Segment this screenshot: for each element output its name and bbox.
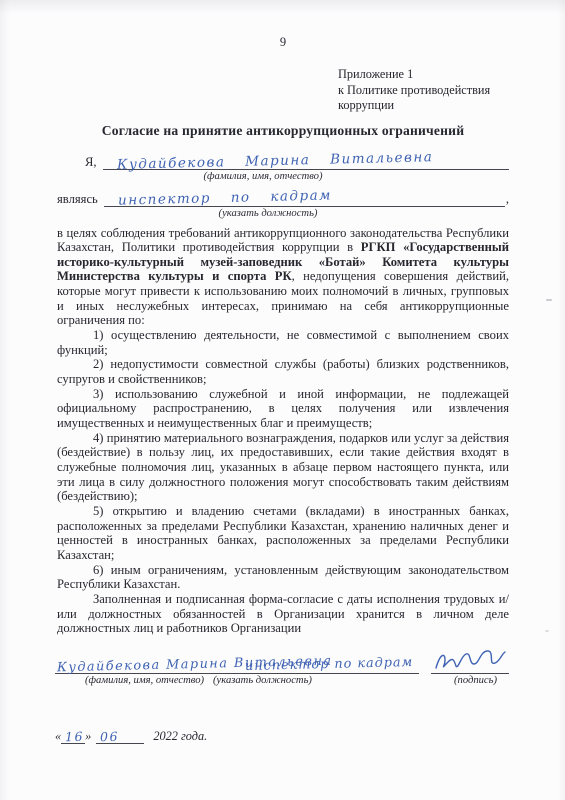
signature-captions: (фамилия, имя, отчество) (указать должно… — [57, 675, 509, 686]
handwritten-month: 06 — [100, 729, 119, 744]
i-label: Я, — [85, 155, 103, 170]
signature-flourish-icon — [433, 649, 507, 673]
appendix-note: Приложение 1 к Политике противодействия … — [338, 67, 509, 114]
being-label: являясь — [57, 192, 104, 207]
trailing-comma: , — [505, 192, 509, 207]
signature-name-caption: (фамилия, имя, отчество) — [85, 675, 204, 686]
signature-blank-line: Кудайбекова Марина Витальевна инспектор … — [55, 653, 419, 674]
appendix-line-2: к Политике противодействия — [338, 83, 509, 99]
restriction-item-1: 1) осуществлению деятельности, не совмес… — [57, 328, 509, 357]
body-text: в целях соблюдения требований антикорруп… — [57, 226, 509, 636]
restriction-item-4: 4) принятию материального вознаграждения… — [57, 431, 509, 504]
date-month-blank: 06 — [96, 729, 144, 744]
intro-paragraph: в целях соблюдения требований антикорруп… — [57, 226, 509, 329]
scanned-page: 9 Приложение 1 к Политике противодействи… — [0, 0, 565, 800]
signature-mark-blank — [431, 653, 509, 674]
restriction-item-5: 5) открытию и владению счетами (вкладами… — [57, 504, 509, 563]
date-line: « 16 » 06 2022 года. — [55, 729, 509, 744]
restriction-item-6: 6) иным ограничениям, установленным дейс… — [57, 563, 509, 592]
position-fill-row: являясь инспектор по кадрам , — [57, 191, 509, 207]
handwritten-name: Кудайбекова Марина Витальевна — [116, 149, 433, 173]
appendix-line-3: коррупции — [338, 98, 509, 114]
date-year-text: 2022 года. — [153, 729, 207, 744]
handwritten-day: 16 — [65, 729, 84, 744]
closing-paragraph: Заполненная и подписанная форма-согласие… — [57, 592, 509, 636]
appendix-line-1: Приложение 1 — [338, 67, 509, 83]
position-blank-line: инспектор по кадрам — [104, 191, 505, 207]
date-close-quote: » — [85, 729, 91, 744]
name-blank-line: Кудайбекова Марина Витальевна — [103, 154, 509, 170]
date-day-blank: 16 — [61, 729, 85, 744]
position-caption: (указать должность) — [57, 208, 509, 219]
scan-artifact-dot — [545, 630, 549, 632]
name-fill-row: Я, Кудайбекова Марина Витальевна — [57, 154, 509, 170]
restriction-item-3: 3) использованию служебной и иной информ… — [57, 387, 509, 431]
signature-position-caption: (указать должность) — [213, 675, 312, 686]
signature-sign-caption: (подпись) — [454, 675, 497, 686]
handwritten-signature-position: инспектор по кадрам — [245, 655, 414, 674]
handwritten-position: инспектор по кадрам — [118, 187, 332, 208]
document-title: Согласие на принятие антикоррупционных о… — [57, 123, 509, 139]
signature-row: Кудайбекова Марина Витальевна инспектор … — [57, 653, 509, 674]
scan-artifact-dash — [546, 299, 552, 301]
page-number: 9 — [57, 35, 509, 50]
restriction-item-2: 2) недопустимости совместной службы (раб… — [57, 357, 509, 386]
